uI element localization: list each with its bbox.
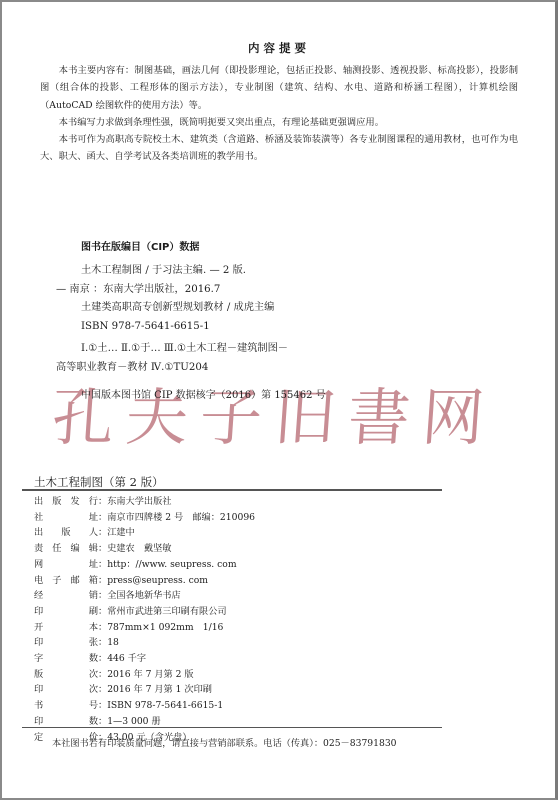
imprint-row-publisher-person: 出版人：江建中 <box>34 525 434 541</box>
summary-paragraph: 本书主要内容有：制图基础，画法几何（即投影理论，包括正投影、轴测投影、透视投影、… <box>40 62 518 114</box>
imprint-value: 18 <box>107 635 119 651</box>
imprint-value: 常州市武进第三印刷有限公司 <box>107 604 226 620</box>
imprint-value: 2016 年 7 月第 1 次印刷 <box>107 682 212 698</box>
imprint-row-printer: 印刷：常州市武进第三印刷有限公司 <box>34 604 434 620</box>
imprint-value: 史建农 戴坚敏 <box>107 541 171 557</box>
book-title: 土木工程制图（第 2 版） <box>34 474 164 490</box>
imprint-row-distributor: 经销：全国各地新华书店 <box>34 588 434 604</box>
cip-class-line: Ⅰ.①土… Ⅱ.①于… Ⅲ.①土木工程－建筑制图－ <box>56 340 288 359</box>
imprint-label: 开本 <box>34 620 98 636</box>
imprint-label: 出版人 <box>34 525 98 541</box>
imprint-row-format: 开本：787mm×1 092mm 1/16 <box>34 620 434 636</box>
imprint-value: 东南大学出版社 <box>107 494 171 510</box>
cip-classification: Ⅰ.①土… Ⅱ.①于… Ⅲ.①土木工程－建筑制图－ 高等职业教育－教材 Ⅳ.①T… <box>56 340 288 377</box>
divider-top <box>22 489 442 491</box>
imprint-label: 责任编辑 <box>34 541 98 557</box>
summary-section: 本书主要内容有：制图基础，画法几何（即投影理论，包括正投影、轴测投影、透视投影、… <box>40 62 518 166</box>
imprint-value: press@seupress. com <box>107 573 208 589</box>
imprint-label: 出版发行 <box>34 494 98 510</box>
imprint-label: 字数 <box>34 651 98 667</box>
imprint-value: 南京市四牌楼 2 号 邮编：210096 <box>107 510 255 526</box>
imprint-table: 出版发行：东南大学出版社 社址：南京市四牌楼 2 号 邮编：210096 出版人… <box>34 494 434 745</box>
cip-title: 图书在版编目（CIP）数据 <box>81 238 199 253</box>
imprint-value: 2016 年 7 月第 2 版 <box>107 667 193 683</box>
imprint-row-isbn: 书号：ISBN 978-7-5641-6615-1 <box>34 698 434 714</box>
imprint-value: 446 千字 <box>107 651 146 667</box>
imprint-value: 全国各地新华书店 <box>107 588 181 604</box>
imprint-row-sheets: 印张：18 <box>34 635 434 651</box>
divider-bottom <box>22 727 442 728</box>
cip-record-number: 中国版本图书馆 CIP 数据核字（2016）第 155462 号 <box>81 386 326 401</box>
imprint-row-word-count: 字数：446 千字 <box>34 651 434 667</box>
imprint-label: 电子邮箱 <box>34 573 98 589</box>
imprint-label: 印次 <box>34 682 98 698</box>
imprint-row-printing: 印次：2016 年 7 月第 1 次印刷 <box>34 682 434 698</box>
summary-title: 内容提要 <box>0 40 558 56</box>
imprint-value: 江建中 <box>107 525 135 541</box>
cip-line: 土木工程制图 / 于习法主编. — 2 版. <box>56 262 386 281</box>
imprint-value: http：//www. seupress. com <box>107 557 236 573</box>
footer-note: 本社图书若有印装质量问题，请直接与营销部联系。电话（传真）：025－837918… <box>52 735 397 749</box>
imprint-row-website: 网址：http：//www. seupress. com <box>34 557 434 573</box>
imprint-label: 网址 <box>34 557 98 573</box>
imprint-value: ISBN 978-7-5641-6615-1 <box>107 698 223 714</box>
imprint-label: 版次 <box>34 667 98 683</box>
cip-block: 土木工程制图 / 于习法主编. — 2 版. — 南京 ：东南大学出版社，201… <box>56 262 386 336</box>
cip-line: 土建类高职高专创新型规划教材 / 成虎主编 <box>56 299 386 318</box>
cip-line: ISBN 978-7-5641-6615-1 <box>56 318 386 337</box>
imprint-row-email: 电子邮箱：press@seupress. com <box>34 573 434 589</box>
imprint-row-edition: 版次：2016 年 7 月第 2 版 <box>34 667 434 683</box>
imprint-row-editors: 责任编辑：史建农 戴坚敏 <box>34 541 434 557</box>
imprint-value: 787mm×1 092mm 1/16 <box>107 620 223 636</box>
imprint-label: 印刷 <box>34 604 98 620</box>
imprint-label: 书号 <box>34 698 98 714</box>
summary-paragraph: 本书编写力求做到条理性强，既简明扼要又突出重点，有理论基础更强调应用。 <box>40 114 518 131</box>
cip-class-line: 高等职业教育－教材 Ⅳ.①TU204 <box>56 359 288 378</box>
imprint-row-address: 社址：南京市四牌楼 2 号 邮编：210096 <box>34 510 434 526</box>
summary-paragraph: 本书可作为高职高专院校土木、建筑类（含道路、桥涵及装饰装潢等）各专业制图课程的通… <box>40 131 518 166</box>
imprint-label: 社址 <box>34 510 98 526</box>
imprint-label: 印张 <box>34 635 98 651</box>
imprint-label: 经销 <box>34 588 98 604</box>
cip-line: — 南京 ：东南大学出版社，2016.7 <box>56 281 386 300</box>
imprint-row-publisher: 出版发行：东南大学出版社 <box>34 494 434 510</box>
